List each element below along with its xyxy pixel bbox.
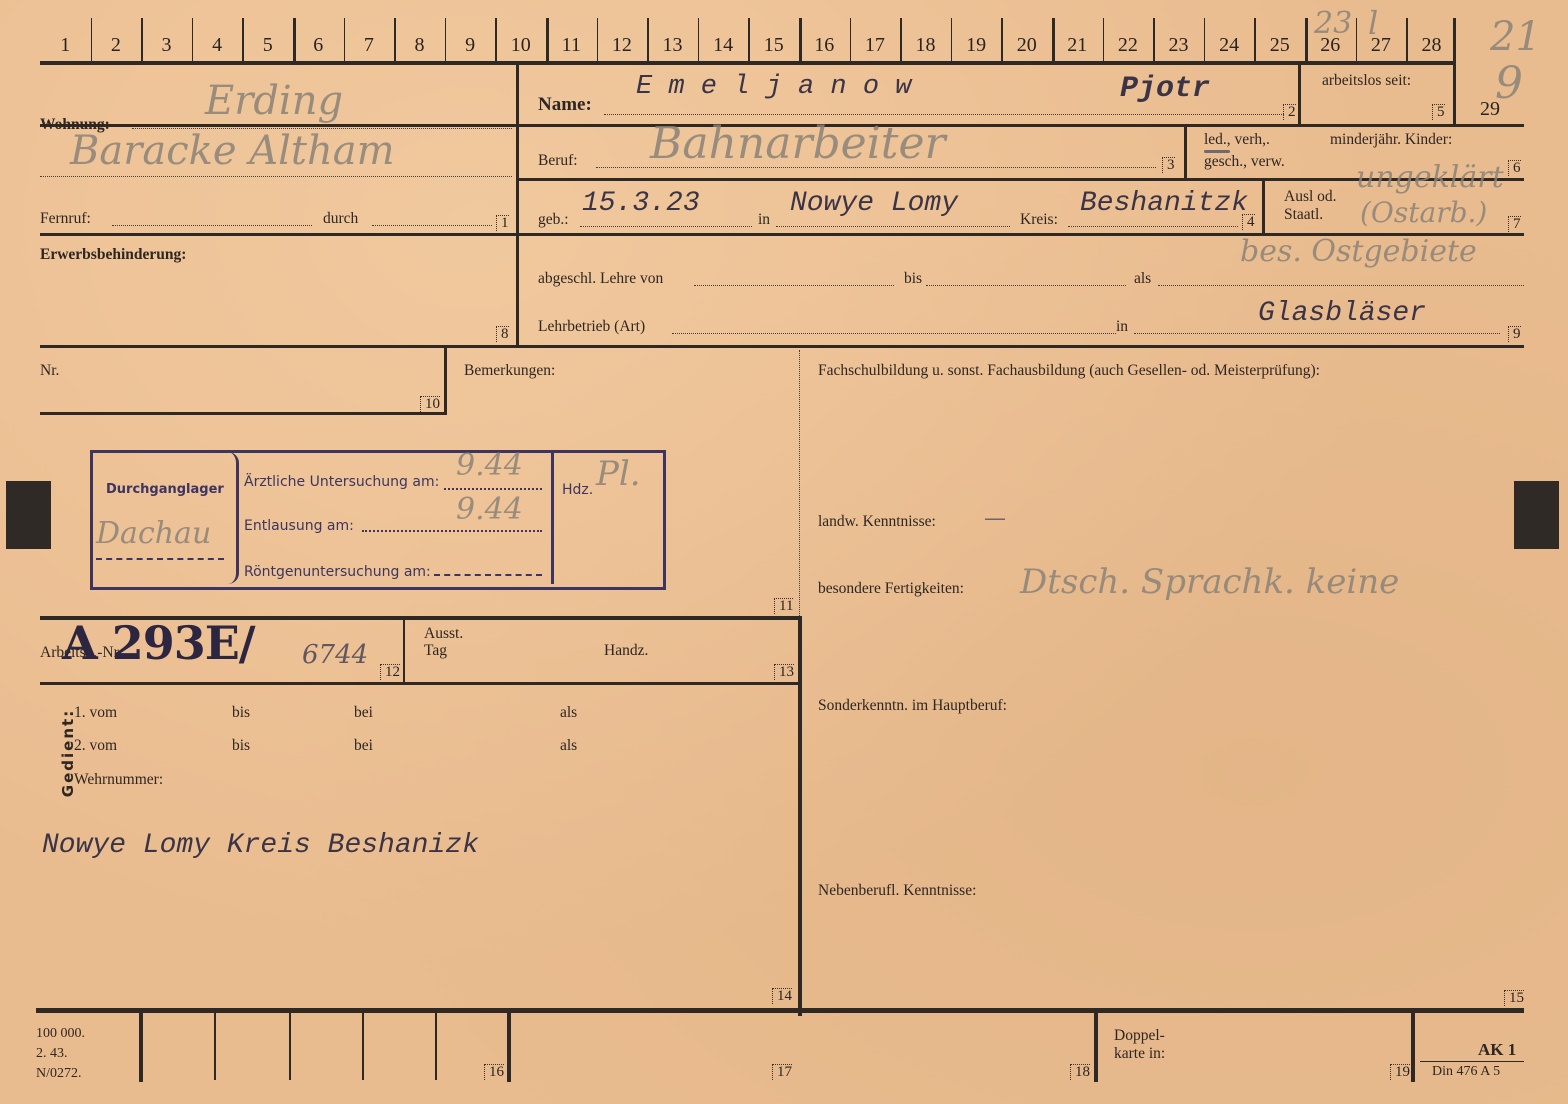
lehre-label: abgeschl. Lehre von — [538, 270, 663, 288]
column-number-26: 26 — [1308, 34, 1353, 57]
column-number-28: 28 — [1409, 34, 1454, 57]
beruf-value[interactable]: Bahnarbeiter — [650, 118, 946, 169]
stamp-entlausung-label: Entlausung am: — [244, 518, 354, 534]
column-number-16: 16 — [802, 34, 847, 57]
doppelkarte-label-line1: Doppel- — [1114, 1027, 1165, 1045]
column-divider — [1254, 18, 1256, 62]
column-number-15: 15 — [751, 34, 796, 57]
column-number-27: 27 — [1359, 34, 1404, 57]
column-divider — [1052, 18, 1055, 62]
field-no-3: 3 — [1162, 157, 1175, 173]
column-divider — [445, 18, 447, 62]
column-number-3: 3 — [144, 34, 189, 57]
stamp-entlausung-value[interactable]: 9.44 — [456, 492, 523, 527]
handz-label: Handz. — [604, 642, 648, 660]
column-number-9: 9 — [448, 34, 493, 57]
staatl-label-line1: Ausl od. — [1284, 188, 1337, 206]
landw-label: landw. Kenntnisse: — [818, 513, 936, 531]
column-divider — [546, 18, 549, 62]
column-divider — [1153, 18, 1155, 62]
column-divider — [1406, 18, 1408, 62]
gedient-row1-vom: 1. vom — [74, 704, 117, 722]
handwritten-corner-1: 21 — [1490, 14, 1541, 60]
field-no-8: 8 — [496, 326, 509, 342]
column-divider — [495, 18, 497, 62]
gedient-row2-bei: bei — [354, 737, 373, 755]
stamp-camp-label: Durchganglager — [106, 482, 224, 497]
wohnung-value-line2[interactable]: Baracke Altham — [70, 128, 395, 174]
column-divider — [344, 18, 346, 62]
field-no-9: 9 — [1508, 326, 1521, 342]
column-number-22: 22 — [1106, 34, 1151, 57]
stamp-brace — [228, 452, 239, 584]
right-index-marker — [1514, 481, 1559, 549]
column-number-10: 10 — [498, 34, 543, 57]
handwritten-corner-2: 9 — [1495, 58, 1523, 109]
familienstand-line1: led., verh,. — [1204, 131, 1270, 149]
gedient-row1-bei: bei — [354, 704, 373, 722]
typed-birthplace-note[interactable]: Nowye Lomy Kreis Beshanizk — [42, 830, 479, 861]
column-number-21: 21 — [1055, 34, 1100, 57]
column-number-7: 7 — [347, 34, 392, 57]
kreis-label: Kreis: — [1020, 211, 1058, 229]
column-divider — [1103, 18, 1105, 62]
column-divider — [1204, 18, 1206, 62]
lehre-als-label: als — [1134, 270, 1151, 288]
column-number-1: 1 — [43, 34, 88, 57]
fernruf-label: Fernruf: — [40, 210, 91, 228]
staatl-value-line1[interactable]: ungeklärt — [1356, 160, 1504, 195]
ausst-tag-label: Tag — [424, 642, 447, 660]
gedient-row1-bis: bis — [232, 704, 250, 722]
field-no-12: 12 — [380, 664, 400, 680]
column-divider — [293, 18, 296, 62]
lehre-bis-label: bis — [904, 270, 922, 288]
field-no-6: 6 — [1508, 160, 1521, 176]
print-info-line1: 100 000. — [36, 1026, 85, 1042]
print-info-line3: N/0272. — [36, 1066, 82, 1082]
lehrbetrieb-value[interactable]: Glasbläser — [1258, 298, 1426, 329]
field-no-17: 17 — [772, 1064, 792, 1080]
column-divider — [394, 18, 396, 62]
staatl-label-line2: Staatl. — [1284, 206, 1323, 224]
name-label: Name: — [538, 94, 592, 116]
column-divider — [748, 18, 750, 62]
field-no-5: 5 — [1432, 104, 1445, 120]
landw-value[interactable]: — — [984, 506, 1006, 531]
lehrbetrieb-in-label: in — [1116, 318, 1128, 336]
column-number-12: 12 — [600, 34, 645, 57]
gedient-row2-bis: bis — [232, 737, 250, 755]
fernruf-durch-label: durch — [323, 210, 358, 228]
nr-label: Nr. — [40, 362, 59, 380]
field-no-1: 1 — [496, 215, 509, 231]
column-divider — [141, 18, 143, 62]
fachschul-label: Fachschulbildung u. sonst. Fachausbildun… — [818, 362, 1320, 380]
gedient-row2-vom: 2. vom — [74, 737, 117, 755]
nebenberufl-label: Nebenberufl. Kenntnisse: — [818, 882, 976, 900]
field-no-19: 19 — [1390, 1064, 1410, 1080]
column-divider — [799, 18, 802, 62]
sonderkenntn-label: Sonderkenntn. im Hauptberuf: — [818, 697, 1007, 715]
staatl-value-line2[interactable]: (Ostarb.) — [1360, 196, 1487, 229]
column-number-5: 5 — [245, 34, 290, 57]
stamp-aerztliche-value[interactable]: 9.44 — [456, 448, 523, 483]
stamp-hdz-label: Hdz. — [562, 482, 593, 498]
column-number-14: 14 — [701, 34, 746, 57]
print-info-line2: 2. 43. — [36, 1046, 68, 1062]
wehrnummer-label: Wehrnummer: — [74, 771, 163, 789]
kinder-label: minderjähr. Kinder: — [1330, 131, 1452, 149]
column-number-6: 6 — [296, 34, 341, 57]
column-divider — [1001, 18, 1003, 62]
column-number-11: 11 — [549, 34, 594, 57]
arbeitslos-label: arbeitslos seit: — [1322, 72, 1411, 90]
geb-label: geb.: — [538, 211, 569, 229]
column-number-18: 18 — [903, 34, 948, 57]
column-number-20: 20 — [1004, 34, 1049, 57]
form-code: AK 1 — [1478, 1040, 1516, 1060]
stamp-hdz-value[interactable]: Pl. — [596, 454, 641, 494]
column-divider — [192, 18, 194, 62]
staatl-value-line3[interactable]: bes. Ostgebiete — [1240, 234, 1477, 269]
column-divider — [1305, 18, 1308, 62]
field-no-11: 11 — [774, 598, 793, 614]
ausst-label: Ausst. — [424, 625, 463, 643]
wohnung-value-line1[interactable]: Erding — [205, 78, 343, 124]
geb-place[interactable]: Nowye Lomy — [790, 188, 958, 219]
arbeitsbuch-value[interactable]: 6744 — [302, 640, 368, 670]
column-number-13: 13 — [650, 34, 695, 57]
column-divider — [242, 18, 244, 62]
geb-in-label: in — [758, 211, 770, 229]
field-no-15: 15 — [1504, 990, 1524, 1006]
column-number-19: 19 — [954, 34, 999, 57]
bemerkungen-label: Bemerkungen: — [464, 362, 555, 380]
field-no-16: 16 — [484, 1064, 504, 1080]
beruf-label: Beruf: — [538, 152, 578, 170]
name-surname[interactable]: E m e l j a n o w — [636, 72, 911, 102]
stamp-aerztliche-label: Ärztliche Untersuchung am: — [244, 474, 439, 490]
name-firstname[interactable]: Pjotr — [1120, 72, 1210, 106]
column-number-24: 24 — [1207, 34, 1252, 57]
stamp-camp-value[interactable]: Dachau — [96, 516, 211, 551]
lehrbetrieb-label: Lehrbetrieb (Art) — [538, 318, 645, 336]
gedient-row1-als: als — [560, 704, 577, 722]
stamp-roentgen-label: Röntgenuntersuchung am: — [244, 564, 431, 580]
familienstand-line2: gesch., verw. — [1204, 153, 1285, 171]
besondere-label: besondere Fertigkeiten: — [818, 580, 964, 598]
column-divider — [647, 18, 649, 62]
column-divider — [91, 18, 93, 62]
column-number-4: 4 — [195, 34, 240, 57]
besondere-value[interactable]: Dtsch. Sprachk. keine — [1020, 562, 1399, 602]
column-divider — [850, 18, 852, 62]
column-number-23: 23 — [1156, 34, 1201, 57]
column-divider — [900, 18, 902, 62]
column-divider — [597, 18, 599, 62]
column-divider — [951, 18, 953, 62]
field-no-4: 4 — [1242, 214, 1255, 230]
left-index-marker — [6, 481, 51, 549]
field-no-14: 14 — [772, 988, 792, 1004]
arbeitsbuch-stamp: A 293E/ — [62, 616, 255, 670]
kreis-value[interactable]: Beshanitzk — [1080, 188, 1248, 219]
field-no-2: 2 — [1283, 104, 1296, 120]
gedient-row2-als: als — [560, 737, 577, 755]
column-divider — [698, 18, 700, 62]
field-no-10: 10 — [420, 396, 440, 412]
field-no-13: 13 — [774, 664, 794, 680]
column-number-8: 8 — [397, 34, 442, 57]
column-divider — [1356, 18, 1358, 62]
column-number-17: 17 — [853, 34, 898, 57]
field-no-18: 18 — [1070, 1064, 1090, 1080]
column-number-2: 2 — [94, 34, 139, 57]
din-code: Din 476 A 5 — [1432, 1064, 1500, 1080]
erwerbsbehinderung-label: Erwerbsbehinderung: — [40, 246, 186, 264]
doppelkarte-label-line2: karte in: — [1114, 1045, 1165, 1063]
geb-value[interactable]: 15.3.23 — [582, 188, 700, 219]
column-number-25: 25 — [1257, 34, 1302, 57]
field-no-7: 7 — [1508, 216, 1521, 232]
